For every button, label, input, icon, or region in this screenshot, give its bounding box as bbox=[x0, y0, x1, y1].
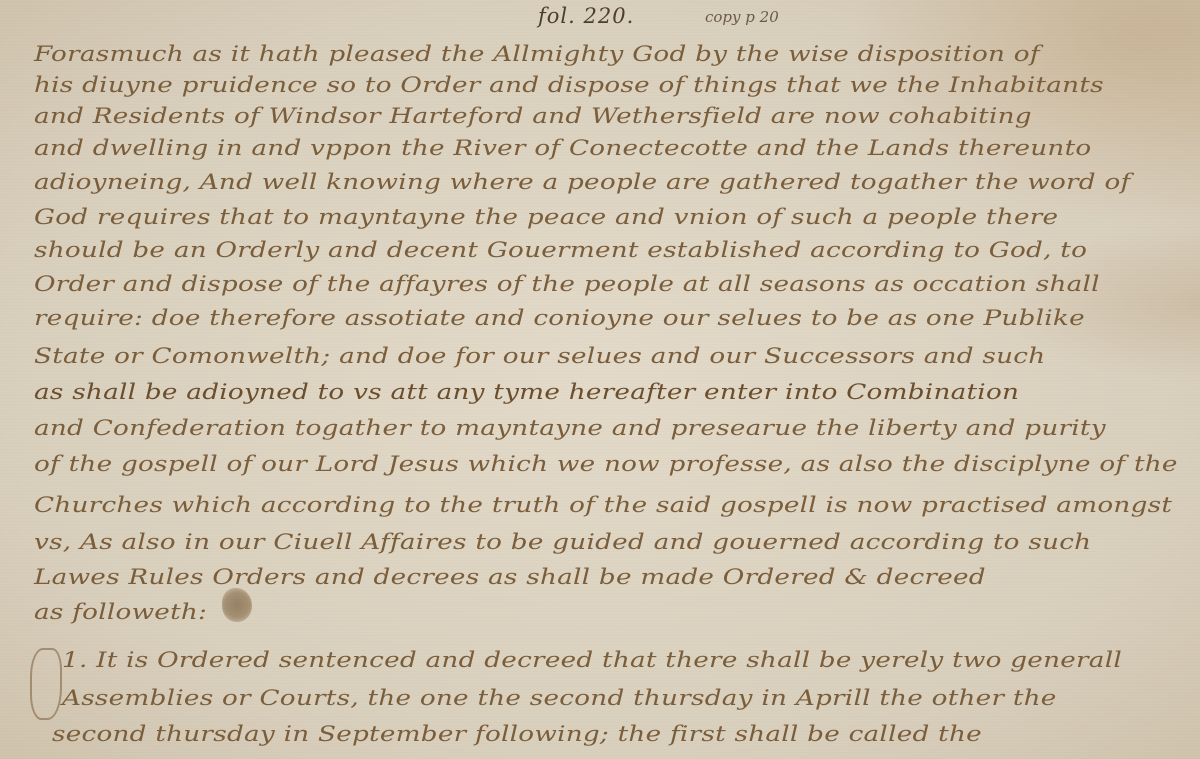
ink-stain bbox=[222, 588, 252, 622]
text-line: Churches which according to the truth of… bbox=[34, 493, 1172, 517]
text-line: Assemblies or Courts, the one the second… bbox=[62, 686, 1057, 710]
text-line: and dwelling in and vppon the River of C… bbox=[34, 136, 1091, 160]
text-line: State or Comonwelth; and doe for our sel… bbox=[34, 344, 1045, 368]
text-line: as shall be adioyned to vs att any tyme … bbox=[34, 380, 1019, 404]
text-line: adioyneing, And well knowing where a peo… bbox=[34, 170, 1130, 194]
text-line: Lawes Rules Orders and decrees as shall … bbox=[34, 565, 986, 589]
text-line: as followeth: bbox=[34, 600, 207, 624]
text-line: 1. It is Ordered sentenced and decreed t… bbox=[62, 648, 1122, 672]
text-line: God requires that to mayntayne the peace… bbox=[34, 205, 1058, 229]
text-line: second thursday in September following; … bbox=[52, 722, 982, 746]
text-line: his diuyne pruidence so to Order and dis… bbox=[34, 73, 1104, 97]
manuscript-page: fol. 220. copy p 20 Forasmuch as it hath… bbox=[0, 0, 1200, 759]
text-line: should be an Orderly and decent Gouermen… bbox=[34, 238, 1087, 262]
margin-flourish bbox=[30, 648, 62, 720]
text-line: of the gospell of our Lord Jesus which w… bbox=[34, 452, 1178, 476]
text-line: vs, As also in our Ciuell Affaires to be… bbox=[34, 530, 1091, 554]
text-line: and Residents of Windsor Harteford and W… bbox=[34, 104, 1032, 128]
folio-label: fol. 220. bbox=[538, 4, 634, 28]
copy-note: copy p 20 bbox=[705, 8, 779, 26]
text-line: Order and dispose of the affayres of the… bbox=[34, 272, 1100, 296]
text-line: and Confederation togather to mayntayne … bbox=[34, 416, 1106, 440]
text-line: require: doe therefore assotiate and con… bbox=[34, 306, 1085, 330]
text-line: Forasmuch as it hath pleased the Allmigh… bbox=[34, 42, 1040, 66]
